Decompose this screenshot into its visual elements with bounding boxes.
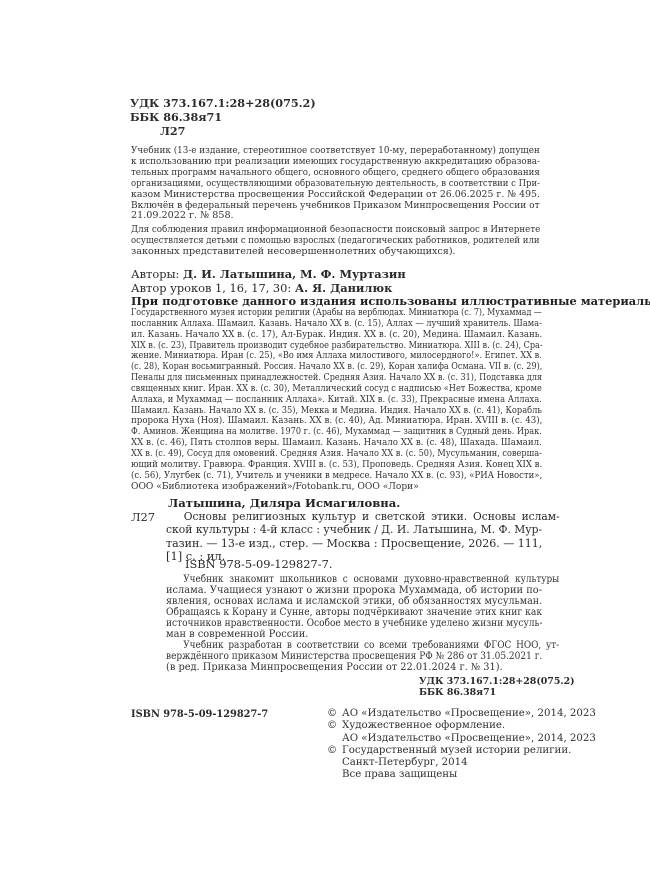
illustration-credit-line: XX в. (с. 46), Пять столпов веры. Шамаил… (131, 438, 542, 449)
safety-line: законных представителей несовершеннолетн… (131, 247, 540, 258)
copyright-text: Санкт-Петербург, 2014 (342, 757, 468, 768)
card-annotation: Учебник знакомит школьников с основами д… (166, 575, 542, 674)
illustrations-title: При подготовке данного издания использов… (131, 295, 650, 308)
approval-line: 21.09.2022 г. № 858. (131, 211, 540, 222)
safety-paragraph: Для соблюдения правил информационной без… (131, 225, 540, 258)
annotation-line: источников нравственности. Особое место … (166, 619, 542, 630)
illustration-credit-line: (с. 56), Улугбек (с. 71), Учитель и учен… (131, 471, 542, 482)
card-isbn: ISBN 978-5-09-129827-7. (185, 557, 333, 571)
safety-line: осуществляется детьми с помощью взрослых… (131, 236, 540, 247)
illustrations-credits: Государственного музея истории религии (… (131, 308, 542, 492)
copyright-icon: © (327, 720, 342, 732)
copyright-text: Государственный музей истории религии. (342, 745, 571, 756)
card-author-heading: Латышина, Диляра Исмагиловна. (168, 496, 400, 510)
copyright-icon: © (327, 745, 342, 757)
card-code: Л27 (131, 510, 155, 524)
illustration-credit-line: XIX в. (с. 23), Правитель производит суд… (131, 341, 542, 352)
copyright-line: Все права защищены (327, 769, 596, 781)
copyright-line: АО «Издательство «Просвещение», 2014, 20… (327, 733, 596, 745)
description-line: тазин. — 13-е изд., стер. — Москва : Про… (166, 537, 542, 550)
copyright-line: ©АО «Издательство «Просвещение», 2014, 2… (327, 708, 596, 720)
copyright-line: ©Государственный музей истории религии. (327, 745, 596, 757)
approval-line: Включён в федеральный перечень учебников… (131, 201, 540, 212)
card-classification: УДК 373.167.1:28+28(075.2) ББК 86.38я71 (419, 676, 575, 698)
description-line: Основы религиозных культур и светской эт… (166, 510, 560, 523)
standard-line: верждённого приказом Министерства просве… (166, 652, 542, 663)
card-udk: УДК 373.167.1:28+28(075.2) (419, 676, 575, 687)
illustration-credit-line: священных книг. Иран. XX в. (с. 30), Мет… (131, 384, 542, 395)
illustration-credit-line: Аллаха, и Мухаммад — посланник Аллаха». … (131, 395, 542, 406)
standard-line: (в ред. Приказа Минпросвещения России от… (166, 663, 542, 674)
copyright-icon: © (327, 708, 342, 720)
illustration-credit-line: XX в. (с. 49), Сосуд для омовений. Средн… (131, 449, 542, 460)
author-mark: Л27 (130, 124, 316, 138)
illustration-credit-line: Государственного музея истории религии (… (131, 308, 542, 319)
authors-label: Авторы: (131, 267, 179, 281)
copyright-text: АО «Издательство «Просвещение», 2014, 20… (342, 708, 596, 719)
illustration-credit-line: посланник Аллаха. Шамаил. Казань. Начало… (131, 319, 542, 330)
copyright-text: АО «Издательство «Просвещение», 2014, 20… (342, 733, 596, 744)
illustration-credit-line: ил. Казань. Начало XX в. (с. 17), Ал-Бур… (131, 330, 542, 341)
copyright-text: Художественное оформление. (342, 720, 505, 731)
footer-isbn: ISBN 978-5-09-129827-7 (131, 709, 268, 720)
illustration-credit-line: ООО «Библиотека изображений»/Fotobank.ru… (131, 482, 542, 493)
authors-names: Д. И. Латышина, М. Ф. Муртазин (183, 267, 406, 281)
authors-block: Авторы: Д. И. Латышина, М. Ф. Муртазин А… (131, 267, 406, 295)
lessons-author-line: Автор уроков 1, 16, 17, 30: А. Я. Данилю… (131, 281, 406, 295)
lessons-label: Автор уроков 1, 16, 17, 30: (131, 281, 291, 295)
approval-paragraph: Учебник (13-е издание, стереотипное соот… (131, 146, 540, 222)
copyright-line: ©Художественное оформление. (327, 720, 596, 732)
card-description: Основы религиозных культур и светской эт… (166, 510, 542, 563)
illustration-credit-line: (с. 28), Коран восьмигранный. Россия. На… (131, 362, 542, 373)
illustration-credit-line: пророка Нуха (Ноя). Шамаил. Казань. XX в… (131, 416, 542, 427)
illustration-credit-line: ющий молитву. Гравюра. Франция. XVIII в.… (131, 460, 542, 471)
copyright-text: Все права защищены (342, 769, 457, 780)
udk-code: УДК 373.167.1:28+28(075.2) (130, 96, 316, 110)
illustration-credit-line: жение. Миниатюра. Иран (с. 25), «Во имя … (131, 351, 542, 362)
card-bbk: ББК 86.38я71 (419, 687, 575, 698)
imprint-page: УДК 373.167.1:28+28(075.2) ББК 86.38я71 … (0, 0, 650, 869)
classification-block: УДК 373.167.1:28+28(075.2) ББК 86.38я71 … (130, 96, 316, 138)
authors-line: Авторы: Д. И. Латышина, М. Ф. Муртазин (131, 267, 406, 281)
copyright-line: Санкт-Петербург, 2014 (327, 757, 596, 769)
illustration-credit-line: Ф. Аминов. Женщина на молитве. 1970 г. (… (131, 427, 542, 438)
illustration-credit-line: Шамаил. Казань. Начало XX в. (с. 35), Ме… (131, 406, 542, 417)
description-line: ской культуры : 4-й класс : учебник / Д.… (166, 523, 542, 536)
copyright-block: ©АО «Издательство «Просвещение», 2014, 2… (327, 708, 596, 782)
bbk-code: ББК 86.38я71 (130, 110, 316, 124)
illustration-credit-line: Пеналы для письменных принадлежностей. С… (131, 373, 542, 384)
lessons-author: А. Я. Данилюк (295, 281, 392, 295)
annotation-line: Учебник знакомит школьников с основами д… (166, 575, 559, 586)
